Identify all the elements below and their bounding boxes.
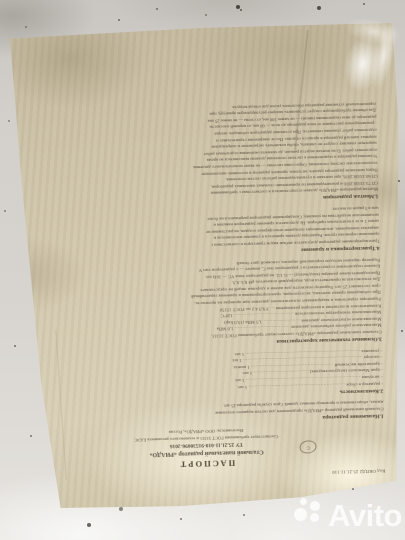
avito-logo-icon xyxy=(288,498,326,532)
avito-dot xyxy=(300,498,307,505)
avito-wordmark: Avito xyxy=(328,500,402,532)
avito-dot xyxy=(310,501,320,511)
section-5: 5.Монтаж радиаторов Монтаж радиаторов «Р… xyxy=(20,100,378,209)
section-body: Стальные панельные радиаторы «РИАДО» соо… xyxy=(24,256,382,344)
document-text-upside-down: Код ОКПД2 25.21.11.110 ПАСПОРТ Стальной … xyxy=(14,26,389,503)
debris-specks xyxy=(0,0,2,2)
listing-photo: Код ОКПД2 25.21.11.110 ПАСПОРТ Стальной … xyxy=(0,0,405,540)
section-2: 2.Комплектность - радиатор в сборе ……………… xyxy=(26,347,383,403)
avito-dot xyxy=(294,508,307,521)
avito-dot xyxy=(310,513,319,522)
section-3: 3.Основные технические характеристики Ст… xyxy=(24,256,382,352)
paper-document: Код ОКПД2 25.21.11.110 ПАСПОРТ Стальной … xyxy=(8,20,398,510)
section-4: 4.Транспортировка и хранение Транспортир… xyxy=(23,204,380,260)
avito-watermark: Avito xyxy=(288,498,402,532)
section-1: 1.Назначение радиатора Стальной панельны… xyxy=(27,398,383,428)
section-body: Монтаж радиаторов «РИАДО» должен осущест… xyxy=(20,100,378,201)
